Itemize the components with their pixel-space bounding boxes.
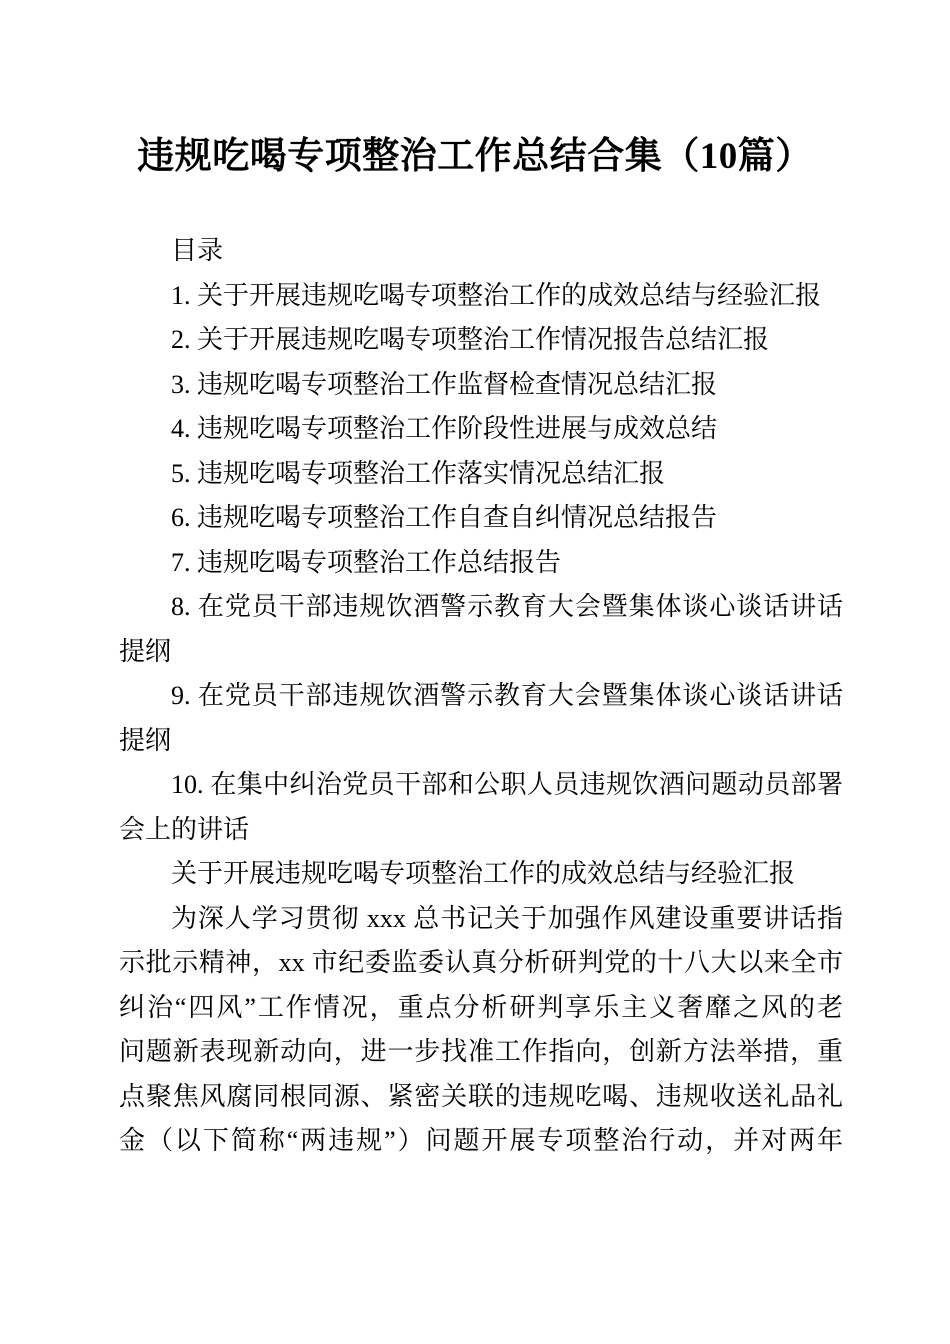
text-line: 为深人学习贯彻 xxx 总书记关于加强作风建设重要讲话指 bbox=[119, 897, 843, 942]
text-line: 提纲 bbox=[119, 719, 843, 764]
document-body: 目录1. 关于开展违规吃喝专项整治工作的成效总结与经验汇报2. 关于开展违规吃喝… bbox=[119, 229, 843, 1164]
text-line: 4. 违规吃喝专项整治工作阶段性进展与成效总结 bbox=[119, 407, 843, 452]
text-line: 提纲 bbox=[119, 630, 843, 675]
text-line: 1. 关于开展违规吃喝专项整治工作的成效总结与经验汇报 bbox=[119, 274, 843, 319]
text-line: 示批示精神，xx 市纪委监委认真分析研判党的十八大以来全市 bbox=[119, 941, 843, 986]
text-line: 会上的讲话 bbox=[119, 808, 843, 853]
text-line: 关于开展违规吃喝专项整治工作的成效总结与经验汇报 bbox=[119, 852, 843, 897]
text-line: 7. 违规吃喝专项整治工作总结报告 bbox=[119, 541, 843, 586]
text-line: 2. 关于开展违规吃喝专项整治工作情况报告总结汇报 bbox=[119, 318, 843, 363]
text-line: 问题新表现新动向，进一步找准工作指向，创新方法举措，重 bbox=[119, 1030, 843, 1075]
text-line: 5. 违规吃喝专项整治工作落实情况总结汇报 bbox=[119, 452, 843, 497]
text-line: 6. 违规吃喝专项整治工作自查自纠情况总结报告 bbox=[119, 496, 843, 541]
text-line: 3. 违规吃喝专项整治工作监督检查情况总结汇报 bbox=[119, 363, 843, 408]
text-line: 10. 在集中纠治党员干部和公职人员违规饮酒问题动员部署 bbox=[119, 763, 843, 808]
text-line: 金（以下简称“两违规”）问题开展专项整治行动，并对两年 bbox=[119, 1119, 843, 1164]
document-page: 违规吃喝专项整治工作总结合集（10篇） 目录1. 关于开展违规吃喝专项整治工作的… bbox=[0, 0, 950, 1344]
text-line: 8. 在党员干部违规饮酒警示教育大会暨集体谈心谈话讲话 bbox=[119, 585, 843, 630]
text-line: 9. 在党员干部违规饮酒警示教育大会暨集体谈心谈话讲话 bbox=[119, 674, 843, 719]
text-line: 目录 bbox=[119, 229, 843, 274]
text-line: 纠治“四风”工作情况，重点分析研判享乐主义奢靡之风的老 bbox=[119, 986, 843, 1031]
document-title: 违规吃喝专项整治工作总结合集（10篇） bbox=[0, 134, 950, 179]
text-line: 点聚焦风腐同根同源、紧密关联的违规吃喝、违规收送礼品礼 bbox=[119, 1075, 843, 1120]
